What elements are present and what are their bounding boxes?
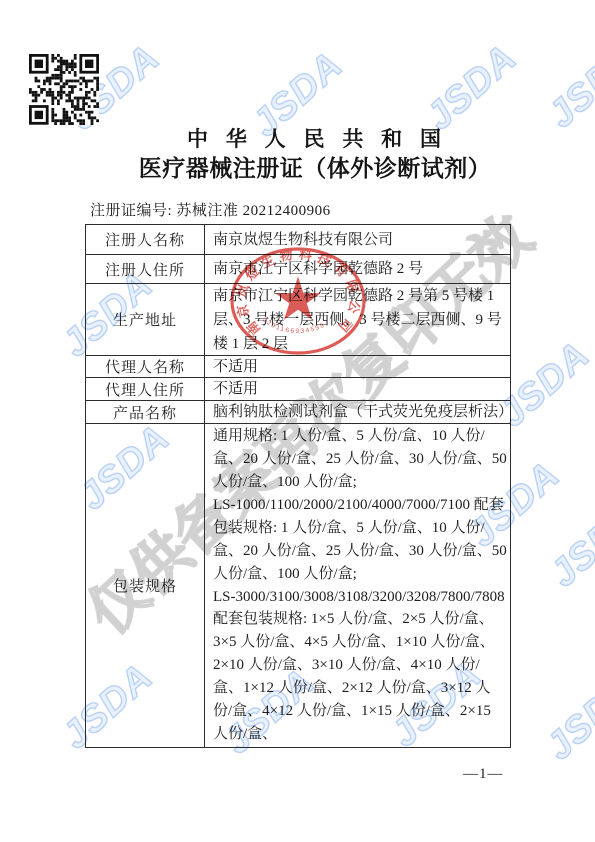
table-row: 包装规格通用规格: 1 人份/盒、5 人份/盒、10 人份/盒、20 人份/盒、… bbox=[86, 424, 510, 747]
row-label: 生产地址 bbox=[86, 284, 205, 355]
registration-number-label: 注册证编号: bbox=[90, 203, 172, 219]
registration-number-line: 注册证编号: 苏械注准 20212400906 bbox=[90, 199, 331, 220]
row-label: 注册人住所 bbox=[86, 255, 205, 283]
row-value-paragraph: 不适用 bbox=[213, 356, 508, 378]
table-row: 代理人住所不适用 bbox=[86, 378, 510, 401]
page-number: —1— bbox=[463, 766, 504, 783]
row-label: 产品名称 bbox=[86, 401, 205, 423]
row-value: 南京市江宁区科学园乾德路 2 号 bbox=[205, 255, 510, 283]
table-row: 注册人名称南京岚煜生物科技有限公司 bbox=[86, 225, 510, 255]
table-row: 产品名称脑利钠肽检测试剂盒（干式荧光免疫层析法） bbox=[86, 401, 510, 424]
title-certificate: 医疗器械注册证（体外诊断试剂） bbox=[35, 150, 595, 183]
jsda-watermark: JSDA bbox=[540, 35, 595, 137]
row-value-paragraph: LS-3000/3100/3008/3108/3200/3208/7800/78… bbox=[213, 586, 508, 746]
row-value-paragraph: 脑利钠肽检测试剂盒（干式荧光免疫层析法） bbox=[213, 401, 508, 423]
table-row: 注册人住所南京市江宁区科学园乾德路 2 号 bbox=[86, 255, 510, 284]
jsda-watermark: JSDA bbox=[542, 494, 595, 596]
row-value-paragraph: 不适用 bbox=[213, 378, 508, 400]
row-label: 包装规格 bbox=[86, 424, 205, 747]
row-value-paragraph: LS-1000/1100/2000/2100/4000/7000/7100 配套… bbox=[213, 494, 508, 586]
row-value-paragraph: 通用规格: 1 人份/盒、5 人份/盒、10 人份/盒、20 人份/盒、25 人… bbox=[213, 425, 508, 494]
row-value-paragraph: 南京岚煜生物科技有限公司 bbox=[213, 229, 508, 251]
row-value: 南京市江宁区科学园乾德路 2 号第 5 号楼 1 层、3 号楼一层西侧、3 号楼… bbox=[205, 284, 510, 355]
row-label: 代理人名称 bbox=[86, 356, 205, 377]
certificate-table: 注册人名称南京岚煜生物科技有限公司注册人住所南京市江宁区科学园乾德路 2 号生产… bbox=[85, 224, 511, 748]
row-label: 注册人名称 bbox=[86, 225, 205, 254]
certificate-page: JSDAJSDAJSDAJSDAJSDAJSDAJSDAJSDAJSDAJSDA… bbox=[0, 0, 595, 842]
jsda-watermark: JSDA bbox=[538, 667, 595, 769]
table-row: 代理人名称不适用 bbox=[86, 356, 510, 378]
row-value: 不适用 bbox=[205, 356, 510, 377]
row-value: 通用规格: 1 人份/盒、5 人份/盒、10 人份/盒、20 人份/盒、25 人… bbox=[205, 424, 510, 747]
qr-code-icon bbox=[29, 54, 99, 125]
row-label: 代理人住所 bbox=[86, 378, 205, 400]
row-value: 南京岚煜生物科技有限公司 bbox=[205, 225, 510, 254]
row-value-paragraph: 南京市江宁区科学园乾德路 2 号 bbox=[213, 258, 508, 280]
registration-number-value: 苏械注准 20212400906 bbox=[176, 203, 330, 219]
title-country: 中 华 人 民 共 和 国 bbox=[35, 123, 595, 153]
row-value-paragraph: 南京市江宁区科学园乾德路 2 号第 5 号楼 1 层、3 号楼一层西侧、3 号楼… bbox=[213, 284, 508, 356]
table-row: 生产地址南京市江宁区科学园乾德路 2 号第 5 号楼 1 层、3 号楼一层西侧、… bbox=[86, 284, 510, 356]
row-value: 脑利钠肽检测试剂盒（干式荧光免疫层析法） bbox=[205, 401, 510, 423]
row-value: 不适用 bbox=[205, 378, 510, 400]
